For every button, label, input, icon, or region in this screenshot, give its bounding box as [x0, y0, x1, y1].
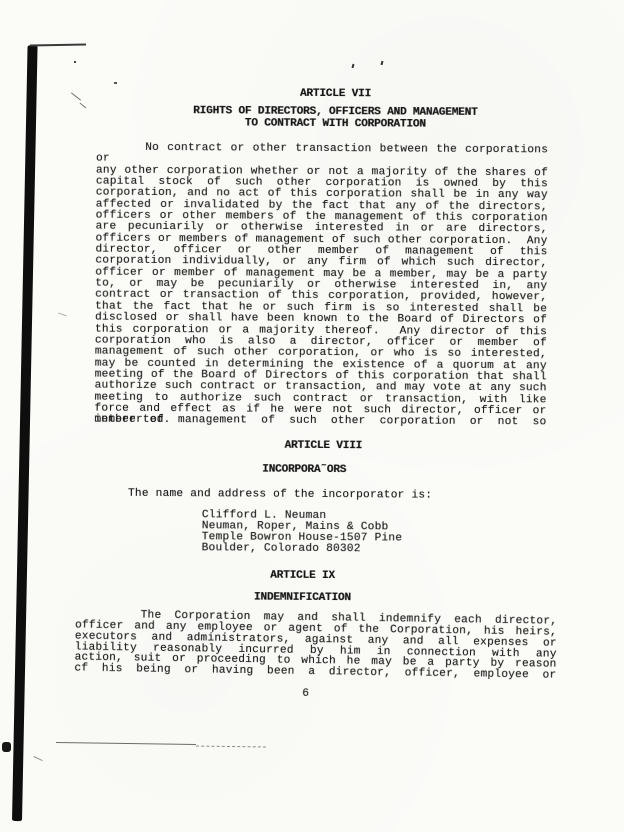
article-vii-subtitle: RIGHTS OF DIRECTORS, OFFICERS AND MANAGE…	[96, 106, 574, 132]
document-content: ARTICLE VII RIGHTS OF DIRECTORS, OFFICER…	[0, 0, 624, 832]
incorporators-heading: INCORPORA˜ORS	[94, 464, 514, 478]
incorporator-intro: The name and address of the incorporator…	[128, 489, 432, 502]
article-vii-title: ARTICLE VII	[96, 88, 574, 102]
scanned-document-page: ARTICLE VII RIGHTS OF DIRECTORS, OFFICER…	[0, 0, 624, 832]
page-number: 6	[276, 689, 336, 701]
article-vii-body: No contract or other transaction between…	[94, 143, 548, 429]
article-vii-subtitle-line2: TO CONTRACT WITH CORPORATION	[96, 117, 574, 132]
indemnification-heading: INDEMNIFICATION	[93, 592, 511, 606]
article-ix-title: ARTICLE IX	[93, 570, 511, 584]
text-line: Boulder, Colorado 80302	[202, 544, 462, 557]
article-viii-title: ARTICLE VIII	[94, 440, 552, 454]
article-ix-body: The Corporation may and shall indemnify …	[74, 609, 557, 681]
incorporator-address: Clifford L. NeumanNeuman, Roper, Mains &…	[202, 510, 462, 556]
